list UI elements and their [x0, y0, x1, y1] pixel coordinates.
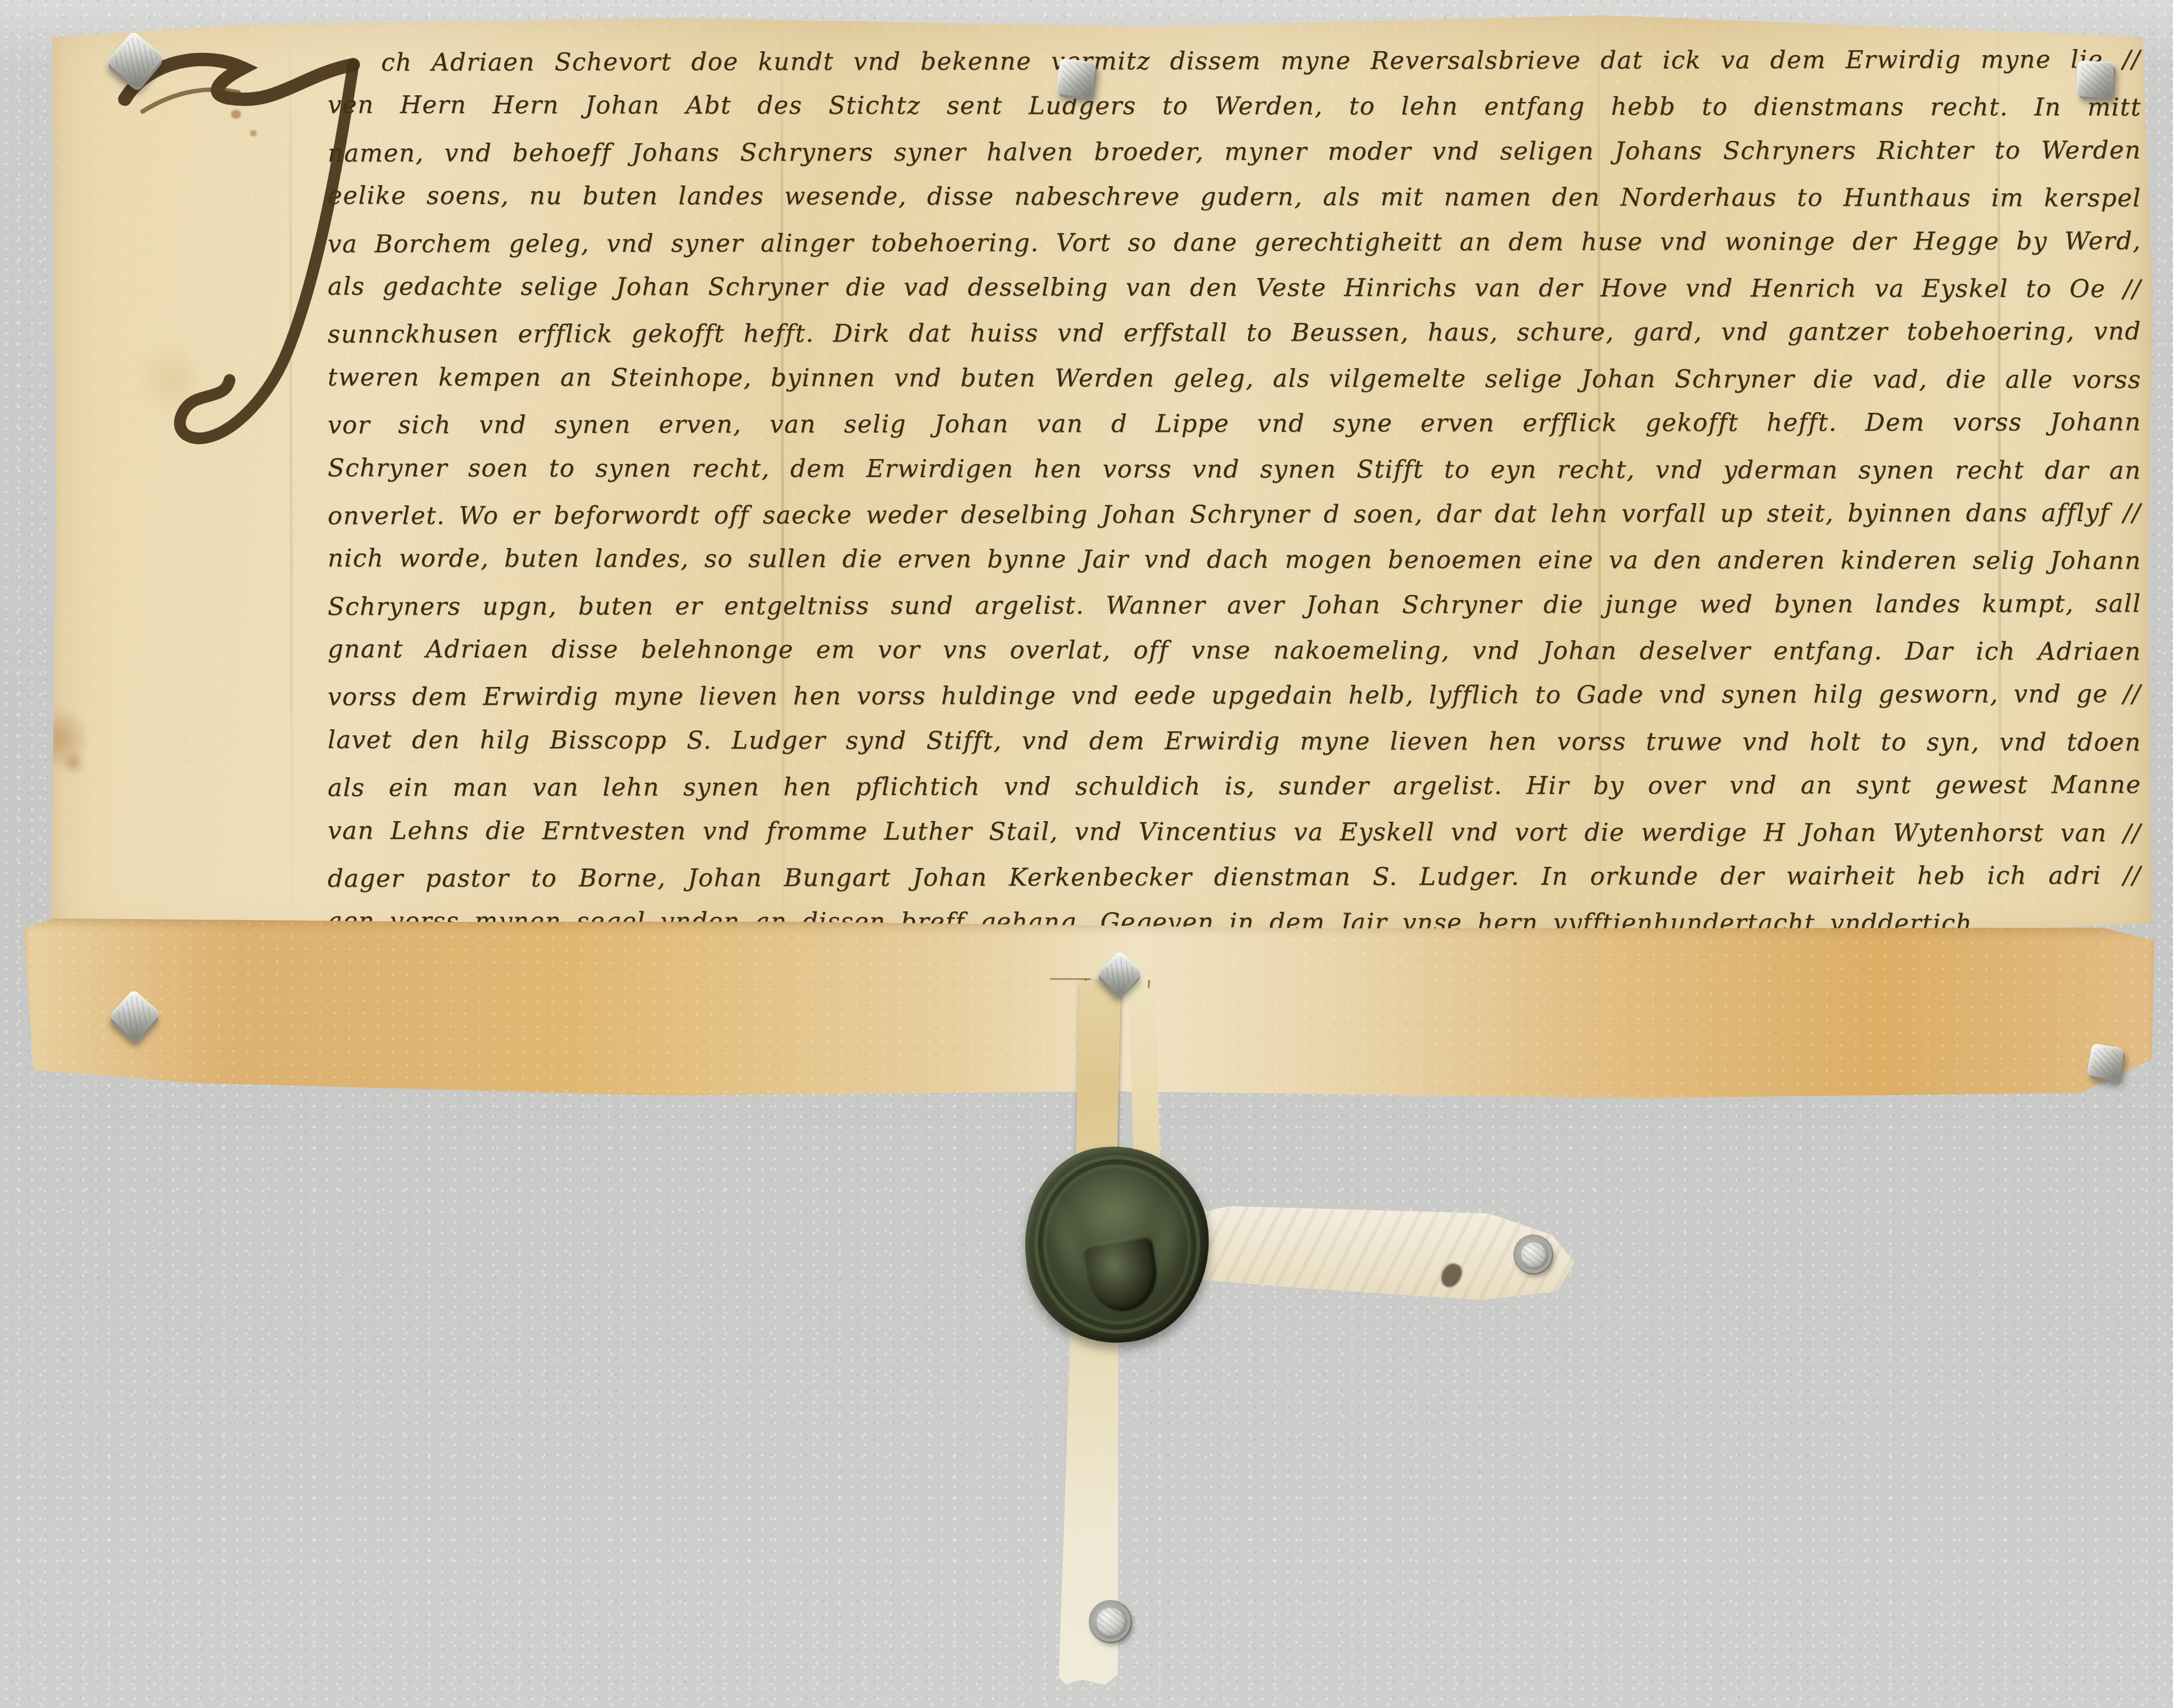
charter-text: ch Adriaen Schevort doe kundt vnd bekenn… — [328, 47, 2145, 954]
ink-stain — [62, 752, 85, 774]
text-line: sunnckhusen erfflick gekofft hefft. Dirk… — [328, 318, 2141, 366]
text-line: tweren kempen an Steinhope, byinnen vnd … — [328, 363, 2141, 411]
text-line: nich worde, buten landes, so sullen die … — [328, 544, 2141, 592]
text-line: Schryners upgn, buten er entgeltniss sun… — [328, 589, 2141, 638]
text-line: namen, vnd behoeff Johans Schryners syne… — [328, 136, 2141, 184]
text-line: eelike soens, nu buten landes wesende, d… — [328, 182, 2141, 230]
text-line: van Lehns die Erntvesten vnd fromme Luth… — [328, 816, 2141, 864]
text-line: vor sich vnd synen erven, van selig Joha… — [328, 408, 2141, 456]
seal-tag-strip-right — [1128, 982, 1160, 1165]
text-line: gnant Adriaen disse belehnonge em vor vn… — [328, 635, 2141, 683]
text-line: ven Hern Hern Johan Abt des Stichtz sent… — [328, 91, 2141, 139]
pin-tag-bottom — [1090, 1602, 1131, 1642]
text-line: Schryner soen to synen recht, dem Erwird… — [328, 453, 2141, 501]
text-line: dager pastor to Borne, Johan Bungart Joh… — [328, 861, 2141, 910]
pin-strip-end — [1515, 1236, 1552, 1273]
text-line: vorss dem Erwirdig myne lieven hen vorss… — [328, 680, 2141, 729]
illuminated-initial — [109, 39, 371, 479]
text-line: als gedachte selige Johan Schryner die v… — [328, 272, 2141, 320]
text-line: va Borchem geleg, vnd syner alinger tobe… — [328, 227, 2141, 275]
wax-blot — [1438, 1261, 1464, 1290]
tag-slit — [1050, 978, 1091, 980]
text-line: onverlet. Wo er beforwordt off saecke we… — [328, 499, 2141, 547]
pin-plica-right — [2087, 1043, 2124, 1080]
pin-top-right — [2076, 60, 2113, 97]
text-line: ch Adriaen Schevort doe kundt vnd bekenn… — [381, 45, 2141, 94]
text-line: als ein man van lehn synen hen pflichtic… — [328, 770, 2141, 819]
seal-tag-strip-left — [1075, 980, 1120, 1169]
text-line: lavet den hilg Bisscopp S. Ludger synd S… — [328, 726, 2141, 774]
pin-top-center — [1056, 58, 1095, 97]
